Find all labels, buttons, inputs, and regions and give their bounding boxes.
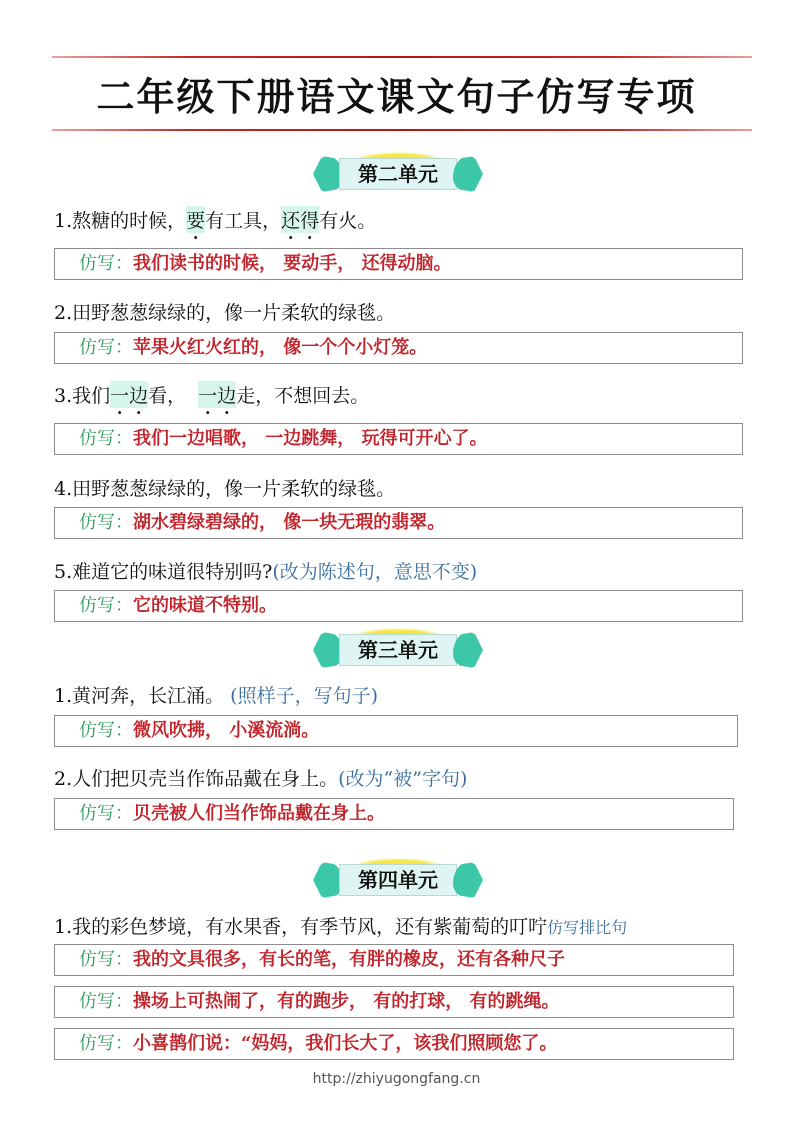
instruction-note: 仿写排比句 <box>547 918 627 937</box>
answer-label: 仿写： <box>79 512 133 533</box>
leaf-ornament-icon <box>453 632 483 668</box>
question: 3.我们一边看， 一边走，不想回去。 <box>54 381 369 408</box>
answer-text: 它的味道不特别。 <box>133 595 277 616</box>
emphasis-word: 一边 <box>198 381 236 408</box>
question-text: 1.熬糖的时候， <box>54 210 186 232</box>
title-rule-top <box>52 56 752 58</box>
answer-text: 苹果火红火红的， 像一个个小灯笼。 <box>133 337 427 358</box>
question: 2.人们把贝壳当作饰品戴在身上。(改为“被”字句) <box>54 764 467 791</box>
question: 1.黄河奔，长江涌。 (照样子，写句子) <box>54 681 378 708</box>
instruction-note: (改为“被”字句) <box>338 768 467 790</box>
question-text: 2.田野葱葱绿绿的，像一片柔软的绿毯。 <box>54 302 395 324</box>
answer-text: 贝壳被人们当作饰品戴在身上。 <box>133 803 385 824</box>
answer-label: 仿写： <box>79 337 133 358</box>
leaf-ornament-icon <box>453 862 483 898</box>
question-text: 1.黄河奔，长江涌。 <box>54 685 224 707</box>
question: 4.田野葱葱绿绿的，像一片柔软的绿毯。 <box>54 474 395 501</box>
question: 2.田野葱葱绿绿的，像一片柔软的绿毯。 <box>54 298 395 325</box>
page-title: 二年级下册语文课文句子仿写专项 <box>0 66 793 121</box>
unit-title: 第四单元 <box>339 864 457 896</box>
answer-label: 仿写： <box>79 991 133 1012</box>
answer-text: 我的文具很多，有长的笔，有胖的橡皮，还有各种尺子 <box>133 949 565 970</box>
answer-text: 我们读书的时候， 要动手， 还得动脑。 <box>133 253 452 274</box>
unit-banner-4: 第四单元 <box>0 858 793 902</box>
question-text: 2.人们把贝壳当作饰品戴在身上。 <box>54 768 338 790</box>
answer-box: 仿写：苹果火红火红的， 像一个个小灯笼。 <box>54 332 743 364</box>
answer-text: 微风吹拂， 小溪流淌。 <box>133 720 319 741</box>
answer-label: 仿写： <box>79 1033 133 1054</box>
question-text: 看， <box>148 385 198 407</box>
emphasis-word: 还得 <box>281 206 319 233</box>
answer-label: 仿写： <box>79 803 133 824</box>
unit-banner-2: 第二单元 <box>0 152 793 196</box>
answer-box: 仿写：小喜鹊们说：“妈妈，我们长大了，该我们照顾您了。 <box>54 1028 734 1060</box>
leaf-ornament-icon <box>453 156 483 192</box>
title-rule-bottom <box>52 129 752 131</box>
question: 5.难道它的味道很特别吗?(改为陈述句，意思不变) <box>54 557 477 584</box>
answer-text: 湖水碧绿碧绿的， 像一块无瑕的翡翠。 <box>133 512 445 533</box>
instruction-note: (照样子，写句子) <box>224 685 378 707</box>
answer-label: 仿写： <box>79 595 133 616</box>
answer-box: 仿写：我们一边唱歌， 一边跳舞， 玩得可开心了。 <box>54 423 743 455</box>
instruction-note: (改为陈述句，意思不变) <box>272 561 477 583</box>
answer-label: 仿写： <box>79 949 133 970</box>
answer-box: 仿写：我的文具很多，有长的笔，有胖的橡皮，还有各种尺子 <box>54 944 734 976</box>
question: 1.我的彩色梦境，有水果香，有季节风，还有紫葡萄的叮咛仿写排比句 <box>54 912 627 939</box>
answer-box: 仿写：贝壳被人们当作饰品戴在身上。 <box>54 798 734 830</box>
answer-text: 我们一边唱歌， 一边跳舞， 玩得可开心了。 <box>133 428 488 449</box>
answer-text: 小喜鹊们说：“妈妈，我们长大了，该我们照顾您了。 <box>133 1033 557 1054</box>
question-text: 走，不想回去。 <box>236 385 369 407</box>
question-text: 有火。 <box>319 210 376 232</box>
unit-title: 第三单元 <box>339 634 457 666</box>
question-text: 5.难道它的味道很特别吗? <box>54 561 272 583</box>
emphasis-word: 要 <box>186 206 205 233</box>
question-text: 有工具， <box>205 210 281 232</box>
footer-url: http://zhiyugongfang.cn <box>0 1071 793 1087</box>
emphasis-word: 一边 <box>110 381 148 408</box>
unit-title: 第二单元 <box>339 158 457 190</box>
answer-box: 仿写：湖水碧绿碧绿的， 像一块无瑕的翡翠。 <box>54 507 743 539</box>
answer-text: 操场上可热闹了，有的跑步， 有的打球， 有的跳绳。 <box>133 991 560 1012</box>
question-text: 4.田野葱葱绿绿的，像一片柔软的绿毯。 <box>54 478 395 500</box>
answer-label: 仿写： <box>79 253 133 274</box>
answer-box: 仿写：它的味道不特别。 <box>54 590 743 622</box>
answer-box: 仿写：我们读书的时候， 要动手， 还得动脑。 <box>54 248 743 280</box>
answer-box: 仿写：操场上可热闹了，有的跑步， 有的打球， 有的跳绳。 <box>54 986 734 1018</box>
question: 1.熬糖的时候，要有工具，还得有火。 <box>54 206 376 233</box>
answer-label: 仿写： <box>79 720 133 741</box>
answer-label: 仿写： <box>79 428 133 449</box>
question-text: 3.我们 <box>54 385 110 407</box>
answer-box: 仿写：微风吹拂， 小溪流淌。 <box>54 715 738 747</box>
question-text: 1.我的彩色梦境，有水果香，有季节风，还有紫葡萄的叮咛 <box>54 916 547 938</box>
unit-banner-3: 第三单元 <box>0 628 793 672</box>
